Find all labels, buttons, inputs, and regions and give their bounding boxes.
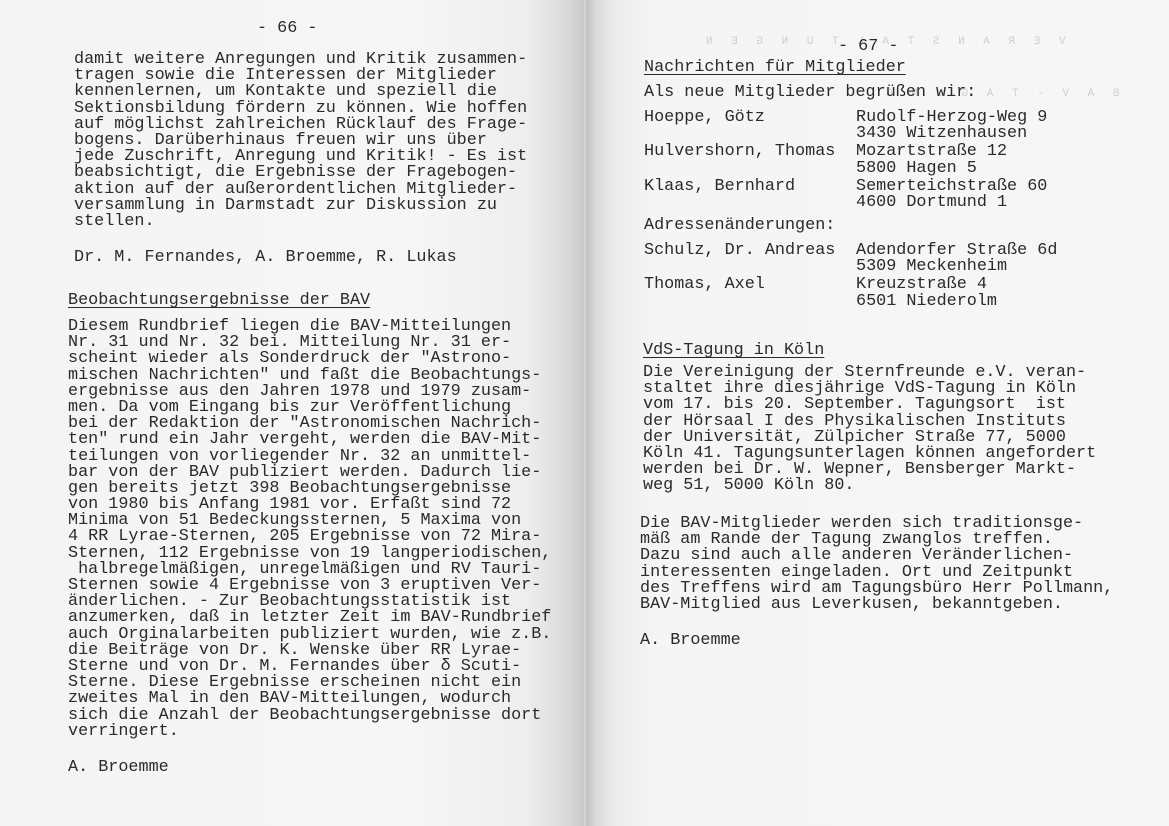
member-entry: Klaas, BernhardSemerteichstraße 604600 D… <box>644 179 1104 211</box>
member-name: Hulvershorn, Thomas <box>644 144 835 160</box>
member-address-line: 5800 Hagen 5 <box>856 161 977 177</box>
vds-signature: A. Broemme <box>640 633 741 649</box>
address-changes-list: Schulz, Dr. AndreasAdendorfer Straße 6d5… <box>644 243 1104 312</box>
vds-paragraph-1: Die Vereinigung der Sternfreunde e.V. ve… <box>643 365 1096 495</box>
address-changes-label: Adressenänderungen: <box>644 218 835 234</box>
new-members-list: Hoeppe, GötzRudolf-Herzog-Weg 93430 Witz… <box>644 110 1104 213</box>
member-name: Hoeppe, Götz <box>644 110 765 126</box>
section-paragraph-beobachtungsergebnisse: Diesem Rundbrief liegen die BAV-Mitteilu… <box>68 319 551 740</box>
member-name: Thomas, Axel <box>644 277 765 293</box>
text-line: BAV-Mitglied aus Leverkusen, bekanntgebe… <box>640 597 1113 613</box>
member-name: Klaas, Bernhard <box>644 179 795 195</box>
vds-paragraph-2: Die BAV-Mitglieder werden sich tradition… <box>640 516 1113 613</box>
text-line: stellen. <box>74 214 527 230</box>
text-line: verringert. <box>68 724 551 740</box>
member-entry: Schulz, Dr. AndreasAdendorfer Straße 6d5… <box>644 243 1104 275</box>
book-spine <box>583 0 587 826</box>
member-address-line: 4600 Dortmund 1 <box>856 195 1007 211</box>
member-address-line: 5309 Meckenheim <box>856 259 1007 275</box>
member-entry: Thomas, AxelKreuzstraße 46501 Niederolm <box>644 277 1104 309</box>
intro-signature: Dr. M. Fernandes, A. Broemme, R. Lukas <box>74 250 457 266</box>
member-address-line: 3430 Witzenhausen <box>856 126 1027 142</box>
new-members-intro: Als neue Mitglieder begrüßen wir: <box>644 85 976 101</box>
member-name: Schulz, Dr. Andreas <box>644 243 835 259</box>
intro-paragraph: damit weitere Anregungen und Kritik zusa… <box>74 52 527 230</box>
vds-heading: VdS-Tagung in Köln <box>643 343 824 359</box>
members-heading: Nachrichten für Mitglieder <box>644 60 906 76</box>
member-entry: Hulvershorn, ThomasMozartstraße 125800 H… <box>644 144 1104 176</box>
section-signature: A. Broemme <box>68 760 169 776</box>
text-line: weg 51, 5000 Köln 80. <box>643 478 1096 494</box>
member-address-line: 6501 Niederolm <box>856 294 997 310</box>
page-number-left: - 66 - <box>257 19 317 38</box>
page-number-right: - 67 - <box>838 37 898 56</box>
member-entry: Hoeppe, GötzRudolf-Herzog-Weg 93430 Witz… <box>644 110 1104 142</box>
section-heading-beobachtungsergebnisse: Beobachtungsergebnisse der BAV <box>68 293 370 309</box>
